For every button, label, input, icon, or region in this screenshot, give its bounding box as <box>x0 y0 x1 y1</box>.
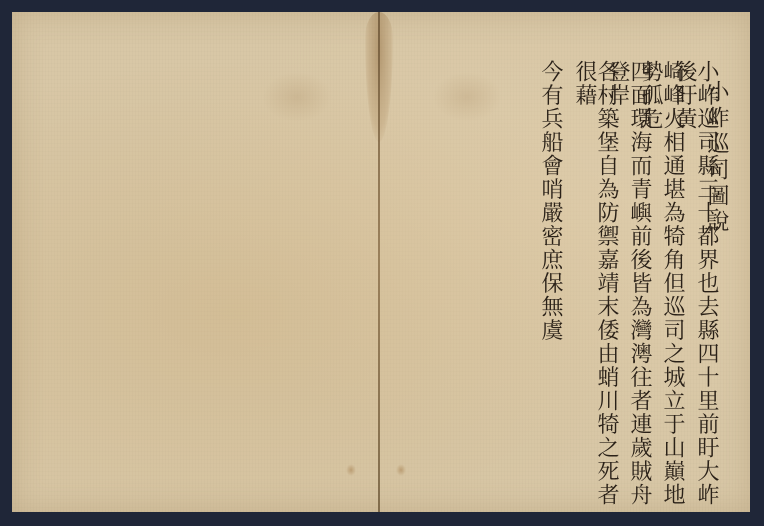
faded-mark-left <box>262 72 332 122</box>
manuscript-page: 小岞巡司圖說 小岞巡司縣三十都界也去縣四十里前盱大岞後盱黃 崎峰火相通堪為犄角但… <box>12 12 750 512</box>
stain-spot <box>396 464 406 476</box>
stain-spot <box>346 464 356 476</box>
text-column-4: 各村築堡自為防禦嘉靖末倭由蛸川犄之死者很藉 <box>573 60 617 512</box>
center-fold <box>378 12 380 512</box>
text-column-5: 今有兵船會哨嚴密庶保無虞 <box>539 60 561 342</box>
faded-mark-right <box>432 72 502 122</box>
